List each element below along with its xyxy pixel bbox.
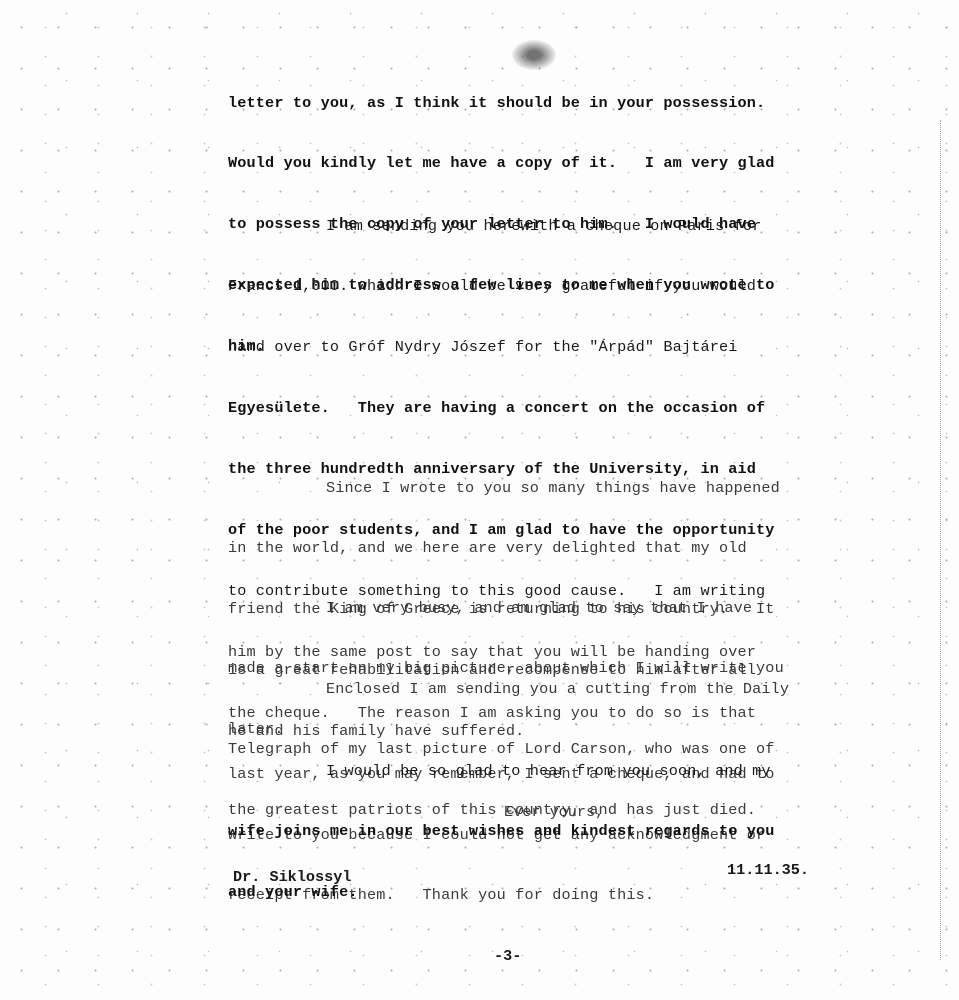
margin-dotted-line xyxy=(939,120,941,960)
page-number: -3- xyxy=(494,947,521,965)
text-line: in the world, and we here are very delig… xyxy=(228,538,848,558)
text-line: Would you kindly let me have a copy of i… xyxy=(228,153,848,173)
text-line: letter to you, as I think it should be i… xyxy=(228,93,848,113)
text-line: Enclosed I am sending you a cutting from… xyxy=(228,679,848,699)
text-line: Egyesülete. They are having a concert on… xyxy=(228,398,848,418)
text-line: wife joins me in our best wishes and kin… xyxy=(228,821,848,841)
text-line: I would be so glad to hear from you soon… xyxy=(228,761,848,781)
letter-date: 11.11.35. xyxy=(727,861,809,879)
text-line: I am sending you herewith a cheque on Pa… xyxy=(228,216,848,236)
addressee-name: Dr. Siklossyl xyxy=(233,868,351,886)
text-line: Since I wrote to you so many things have… xyxy=(228,478,848,498)
text-line: I am very busy, and am glad to say that … xyxy=(228,598,848,618)
text-line: Francs 1,000. which I would be very grat… xyxy=(228,276,848,296)
document-page: letter to you, as I think it should be i… xyxy=(0,0,959,1000)
paragraph-6: I would be so glad to hear from you soon… xyxy=(228,720,848,943)
closing-salutation: Ever yours, xyxy=(504,803,604,821)
text-line: hand over to Gróf Nydry Jószef for the "… xyxy=(228,337,848,357)
